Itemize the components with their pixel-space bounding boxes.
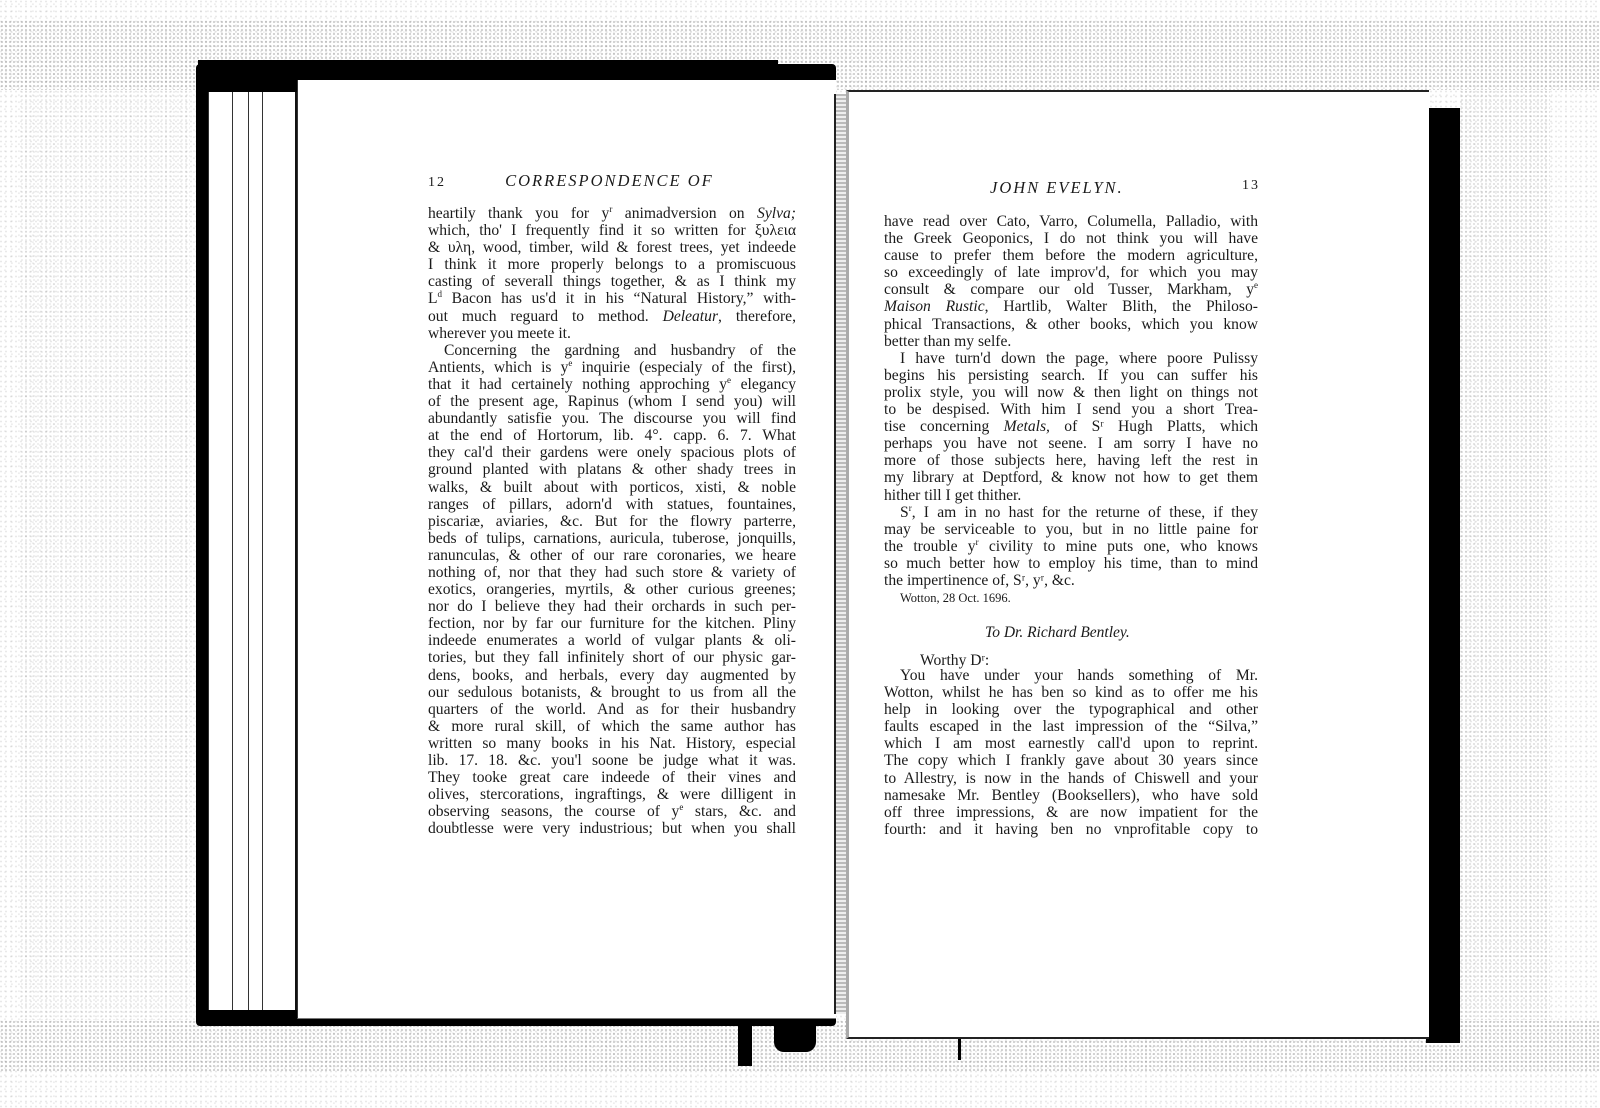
text-line: so exceedingly of late improv'd, for whi… bbox=[884, 264, 1258, 281]
book-gutter bbox=[834, 94, 846, 1014]
text-line: written so many books in his Nat. Histor… bbox=[428, 735, 796, 752]
text-line: they cal'd their gardens were onely spac… bbox=[428, 444, 796, 461]
text-line: hither till I get thither. bbox=[884, 487, 1258, 504]
text-line: piscariæ, aviaries, &c. But for the flow… bbox=[428, 513, 796, 530]
text-line: Maison Rustic, Hartlib, Walter Blith, th… bbox=[884, 298, 1258, 315]
text-line: out much reguard to method. Deleatur, th… bbox=[428, 308, 796, 325]
text-line: indeede enumerates a world of vulgar pla… bbox=[428, 632, 796, 649]
text-line: the trouble yr civility to mine puts one… bbox=[884, 538, 1258, 555]
text-line: ground planted with platans & other shad… bbox=[428, 461, 796, 478]
left-running-head: 12 CORRESPONDENCE OF bbox=[428, 171, 714, 191]
text-line: olives, stercorations, ingraftings, & we… bbox=[428, 786, 796, 803]
text-line: begins his persisting search. If you can… bbox=[884, 367, 1258, 384]
text-line: wherever you meete it. bbox=[428, 325, 796, 342]
text-line: to be despised. With him I send you a sh… bbox=[884, 401, 1258, 418]
text-line: lib. 17. 18. &c. you'l soone be judge wh… bbox=[428, 752, 796, 769]
text-line: have read over Cato, Varro, Columella, P… bbox=[884, 213, 1258, 230]
text-line: help in looking over the typographical a… bbox=[884, 701, 1258, 718]
text-line: which, tho' I frequently find it so writ… bbox=[428, 222, 796, 239]
text-line: to Allestry, is now in the hands of Chis… bbox=[884, 770, 1258, 787]
left-page-body: heartily thank you for yr animadversion … bbox=[428, 205, 796, 837]
text-line: cause to prefer them before the modern a… bbox=[884, 247, 1258, 264]
book-cover-right bbox=[1426, 108, 1460, 1043]
text-line: which I am most earnestly call'd upon to… bbox=[884, 735, 1258, 752]
text-line: that it had certainely nothing approchin… bbox=[428, 376, 796, 393]
running-head-title: JOHN EVELYN. bbox=[990, 178, 1124, 197]
text-line: faults escaped in the last impression of… bbox=[884, 718, 1258, 735]
text-line: casting of severall things together, & a… bbox=[428, 273, 796, 290]
letter-body: You have under your hands something of M… bbox=[884, 667, 1258, 838]
text-line: prolix style, you will now & then light … bbox=[884, 384, 1258, 401]
letter-signoff: Wotton, 28 Oct. 1696. bbox=[900, 591, 1011, 606]
text-line: phical Transactions, & other books, whic… bbox=[884, 316, 1258, 333]
text-line: Ld Bacon has us'd it in his “Natural His… bbox=[428, 290, 796, 307]
page-number: 13 bbox=[1242, 178, 1260, 194]
text-line: better than my selfe. bbox=[884, 333, 1258, 350]
scan-noise-left bbox=[20, 90, 190, 1020]
text-line: heartily thank you for yr animadversion … bbox=[428, 205, 796, 222]
text-line: consult & compare our old Tusser, Markha… bbox=[884, 281, 1258, 298]
text-line: observing seasons, the course of ye star… bbox=[428, 803, 796, 820]
text-line: I think it more properly belongs to a pr… bbox=[428, 256, 796, 273]
text-line: beds of tulips, carnations, auricula, tu… bbox=[428, 530, 796, 547]
text-line: & υλη, wood, timber, wild & forest trees… bbox=[428, 239, 796, 256]
text-line: tise concerning Metals, of Sʳ Hugh Platt… bbox=[884, 418, 1258, 435]
scan-noise-right bbox=[1460, 90, 1550, 1020]
text-line: Antients, which is ye inquirie (especial… bbox=[428, 359, 796, 376]
letter-heading: To Dr. Richard Bentley. bbox=[985, 624, 1130, 642]
text-line: I have turn'd down the page, where poore… bbox=[884, 350, 1258, 367]
text-line: You have under your hands something of M… bbox=[884, 667, 1258, 684]
text-line: Sr, I am in no hast for the returne of t… bbox=[884, 504, 1258, 521]
text-line: perhaps you have not seene. I am sorry I… bbox=[884, 435, 1258, 452]
text-line: of the present age, Rapinus (whom I send… bbox=[428, 393, 796, 410]
text-line: at the end of Hortorum, lib. 4°. capp. 6… bbox=[428, 427, 796, 444]
text-line: Wotton, whilst he has ben so kind as to … bbox=[884, 684, 1258, 701]
text-line: nothing of, nor that they had such store… bbox=[428, 564, 796, 581]
text-line: quarters of the world. And as for their … bbox=[428, 701, 796, 718]
text-line: & more rural skill, of which the same au… bbox=[428, 718, 796, 735]
text-line: namesake Mr. Bentley (Booksellers), who … bbox=[884, 787, 1258, 804]
running-head-title: CORRESPONDENCE OF bbox=[505, 171, 714, 190]
book-clasp bbox=[738, 1020, 752, 1066]
text-line: They tooke great care indeede of their v… bbox=[428, 769, 796, 786]
text-line: more of those subjects here, having left… bbox=[884, 452, 1258, 469]
text-line: tories, but they fall infinitely short o… bbox=[428, 649, 796, 666]
text-line: ranges of pillars, adorn'd with statues,… bbox=[428, 496, 796, 513]
text-line: The copy which I frankly gave about 30 y… bbox=[884, 752, 1258, 769]
text-line: Concerning the gardning and husbandry of… bbox=[428, 342, 796, 359]
text-line: off three impressions, & are now impatie… bbox=[884, 804, 1258, 821]
right-page-body: have read over Cato, Varro, Columella, P… bbox=[884, 213, 1258, 589]
page-edge bbox=[262, 92, 297, 1010]
text-line: ranunculas, & other of our rare coronari… bbox=[428, 547, 796, 564]
text-line: doubtlesse were very industrious; but wh… bbox=[428, 820, 796, 837]
text-line: exotics, orangeries, myrtils, & other cu… bbox=[428, 581, 796, 598]
text-line: abundantly satisfie you. The discourse y… bbox=[428, 410, 796, 427]
page-number: 12 bbox=[428, 175, 446, 190]
text-line: my library at Deptford, & know not how t… bbox=[884, 469, 1258, 486]
text-line: the Greek Geoponics, I do not think you … bbox=[884, 230, 1258, 247]
text-line: walks, & built about with porticos, xist… bbox=[428, 479, 796, 496]
text-line: so much better how to employ his time, t… bbox=[884, 555, 1258, 572]
text-line: fection, nor by far our furniture for th… bbox=[428, 615, 796, 632]
text-line: nor do I believe they had their orchards… bbox=[428, 598, 796, 615]
text-line: fourth: and it having ben no vnprofitabl… bbox=[884, 821, 1258, 838]
text-line: may be serviceable to you, but in no lit… bbox=[884, 521, 1258, 538]
text-line: the impertinence of, Sʳ, yʳ, &c. bbox=[884, 572, 1258, 589]
right-running-head: JOHN EVELYN. 13 bbox=[990, 178, 1260, 198]
text-line: our sedulous botanists, & brought to us … bbox=[428, 684, 796, 701]
text-line: dens, books, and herbals, every day augm… bbox=[428, 667, 796, 684]
